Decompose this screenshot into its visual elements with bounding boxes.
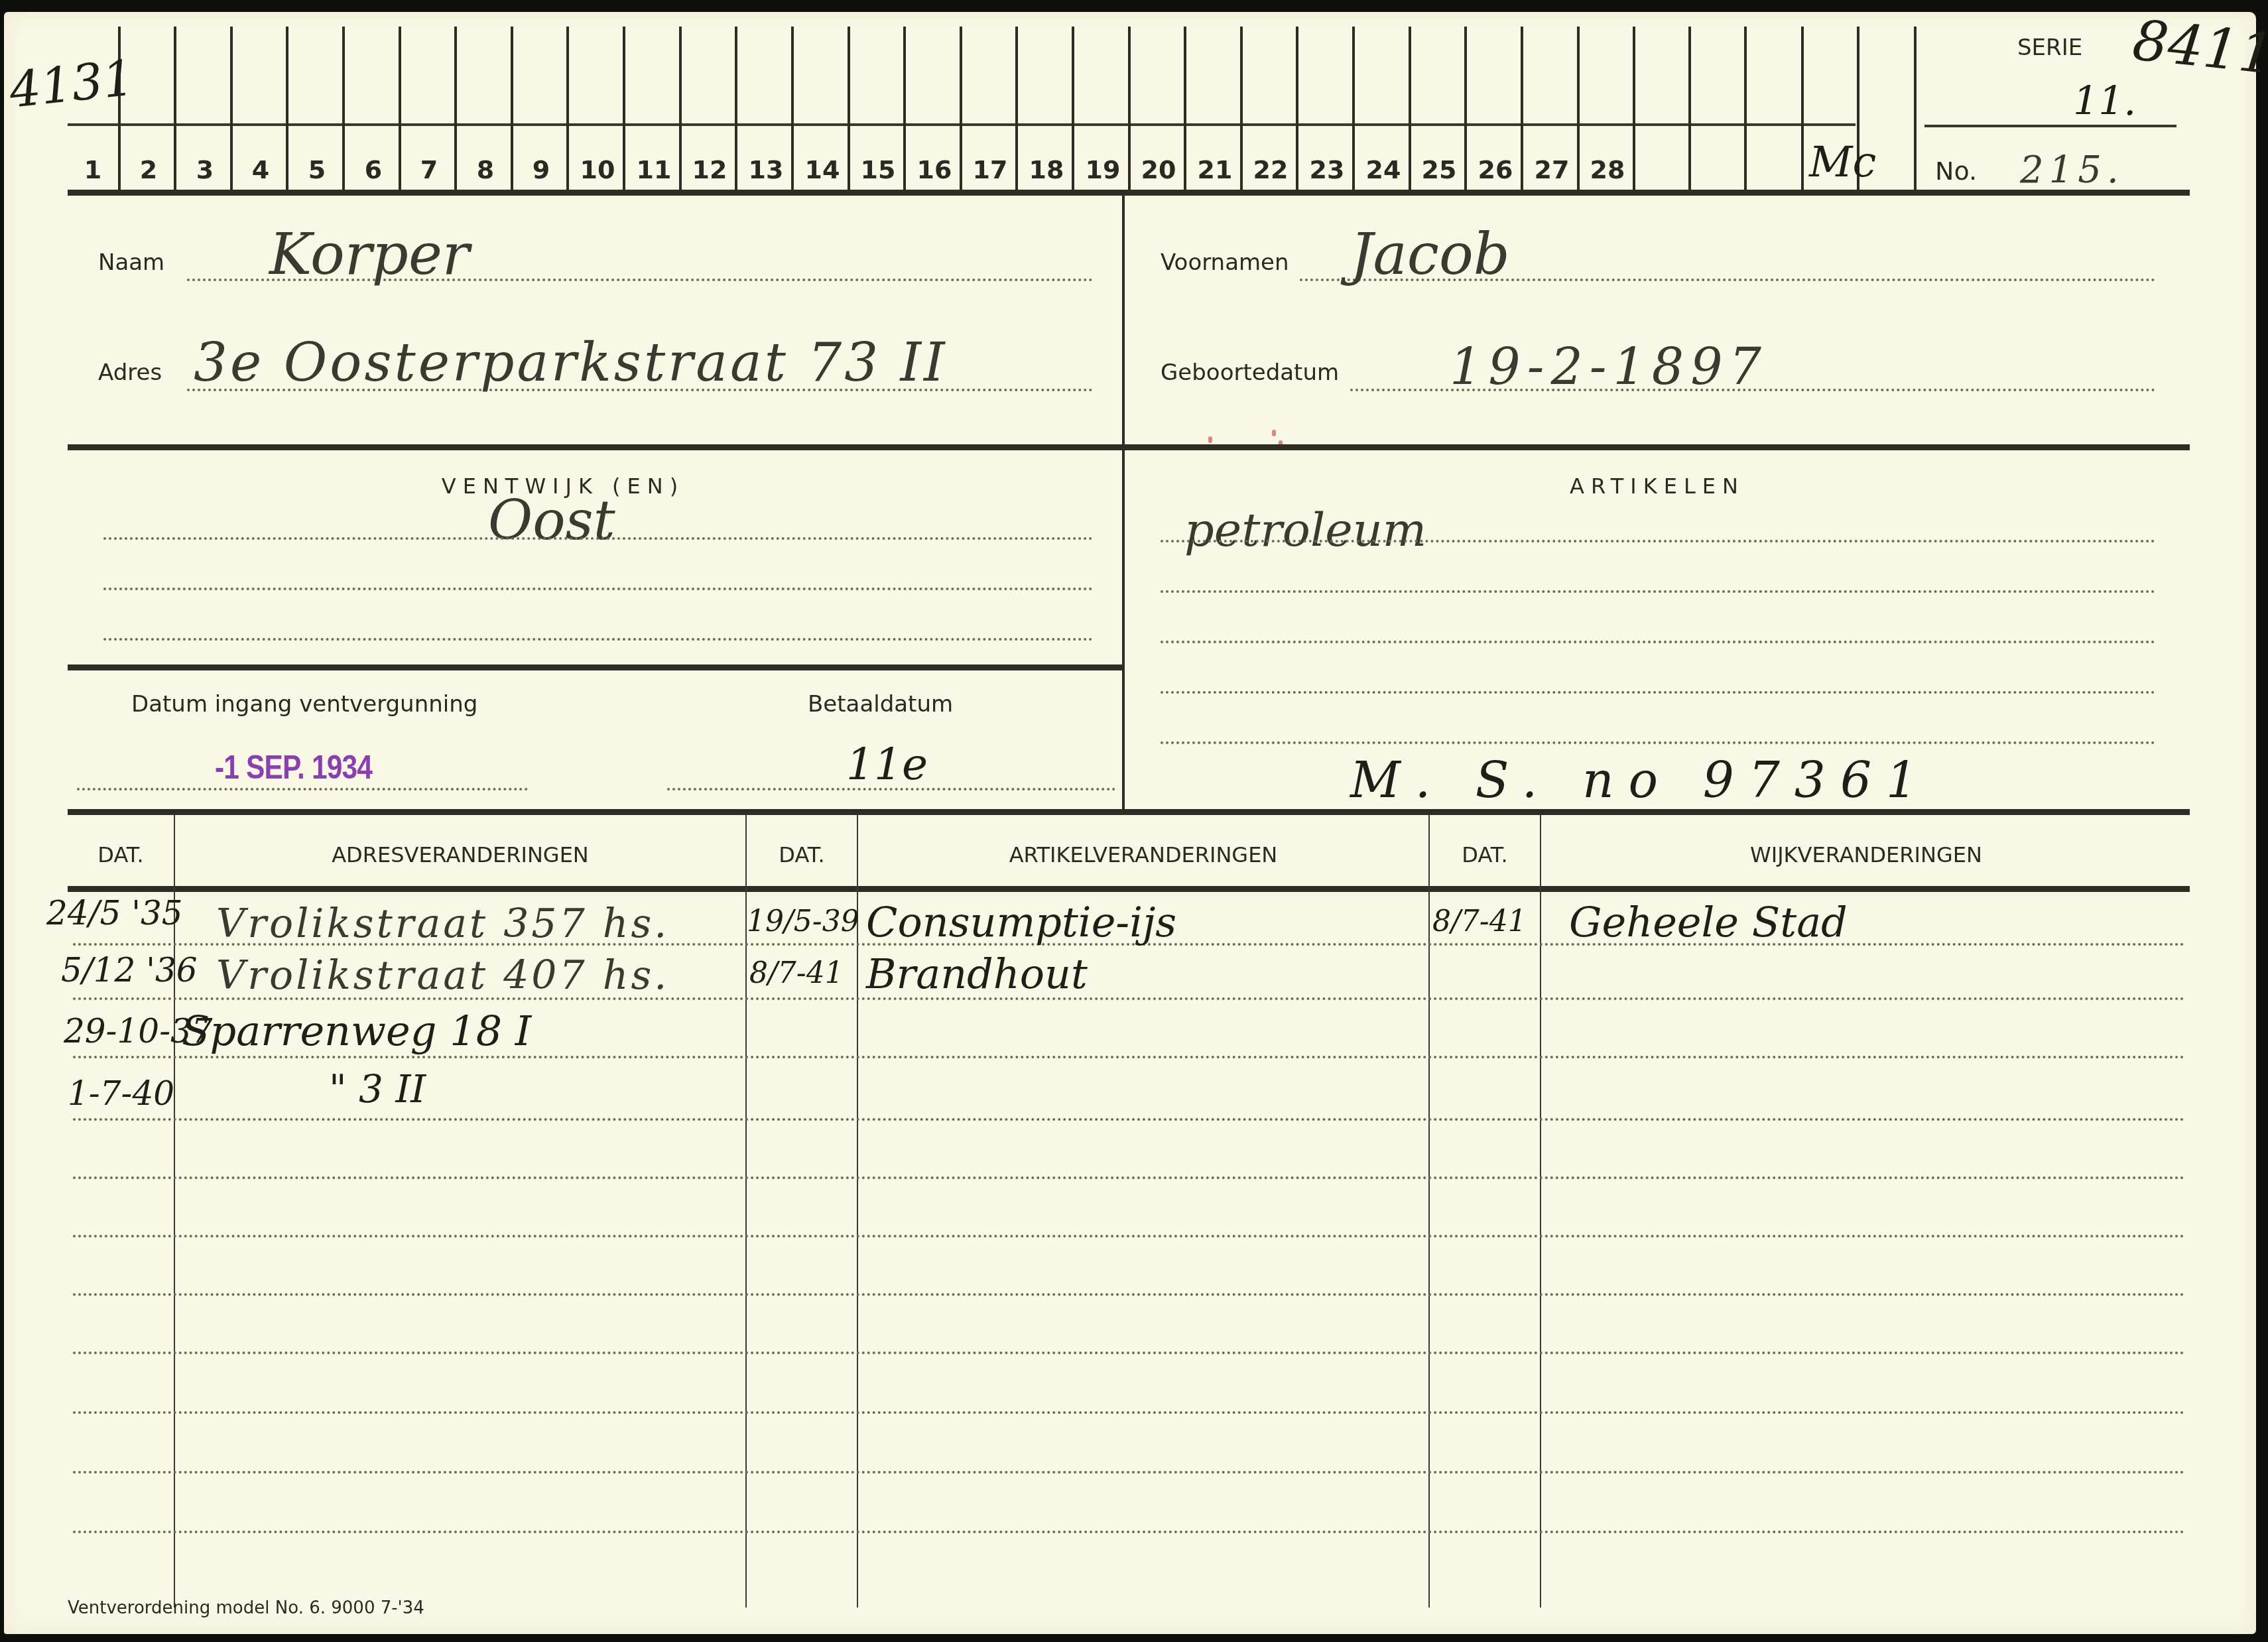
adres-row-date[interactable]: 1-7-40	[68, 1074, 174, 1113]
row-rule	[73, 1235, 2186, 1237]
day-number: 15	[850, 155, 906, 184]
betaaldatum-label: Betaaldatum	[808, 691, 953, 718]
day-number: 23	[1299, 155, 1355, 184]
ink-speck	[1208, 436, 1212, 443]
adres-label: Adres	[98, 359, 162, 386]
day-number: 9	[513, 155, 569, 184]
day-number: 16	[907, 155, 962, 184]
wijk-row-text[interactable]: Geheele Stad	[1569, 898, 1848, 946]
day-number: 21	[1187, 155, 1243, 184]
day-number: 26	[1468, 155, 1523, 184]
corner-note: 4131	[7, 49, 137, 119]
day-number: 4	[233, 155, 288, 184]
initials-mark: Mc	[1809, 138, 1876, 187]
artikel-row-text[interactable]: Brandhout	[866, 950, 1088, 998]
day-number: 11	[626, 155, 682, 184]
vergunning-top-rule	[68, 664, 1122, 670]
artikel-row-text[interactable]: Consumptie-ijs	[866, 898, 1176, 946]
artikelen-line	[1161, 590, 2155, 593]
section-divider	[1122, 192, 1125, 456]
column-divider	[1428, 814, 1430, 1608]
section-divider	[1122, 450, 1125, 812]
naam-value[interactable]: Korper	[269, 221, 470, 288]
day-number: 5	[289, 155, 345, 184]
row-rule	[73, 1293, 2186, 1296]
table-top-rule	[68, 809, 2190, 815]
day-number: 7	[401, 155, 457, 184]
artikelen-line	[1161, 540, 2155, 542]
registration-card: 1 2 3 4 5 6 7 8 9 10 11 12 13 14 15 16 1…	[4, 12, 2256, 1634]
day-number: 28	[1580, 155, 1635, 184]
artikelen-line	[1161, 691, 2155, 694]
day-number: 25	[1411, 155, 1467, 184]
column-divider	[174, 814, 175, 1608]
row-rule	[73, 1471, 2186, 1474]
day-number: 27	[1524, 155, 1580, 184]
voornamen-label: Voornamen	[1161, 249, 1289, 276]
datum-ingang-line	[77, 788, 528, 790]
table-header-rule	[68, 886, 2190, 892]
day-number: 8	[458, 155, 513, 184]
form-footer: Ventverordening model No. 6. 9000 7-'34	[68, 1598, 424, 1618]
header-dat-adres: DAT.	[68, 842, 174, 867]
day-number: 19	[1075, 155, 1131, 184]
day-number: 10	[570, 155, 625, 184]
artikelen-value[interactable]: petroleum	[1184, 503, 1426, 557]
ventwijk-line	[103, 638, 1093, 641]
artikel-row-date[interactable]: 8/7-41	[749, 956, 844, 990]
artikelen-line	[1161, 741, 2155, 744]
number-value: 215.	[2020, 149, 2124, 192]
adres-row-text[interactable]: Vrolikstraat 357 hs.	[216, 901, 669, 947]
day-divider	[1744, 27, 1747, 192]
ventwijk-line	[103, 537, 1093, 540]
number-label: No.	[1935, 157, 1977, 186]
day-number: 2	[121, 155, 176, 184]
day-number: 1	[65, 155, 121, 184]
day-number: 12	[682, 155, 737, 184]
day-number: 18	[1019, 155, 1074, 184]
row-rule	[73, 1352, 2186, 1354]
adres-value[interactable]: 3e Oosterparkstraat 73 II	[194, 332, 948, 393]
day-number: 3	[177, 155, 233, 184]
personal-bottom-rule	[68, 444, 2190, 450]
adres-row-date[interactable]: 5/12 '36	[61, 951, 198, 989]
wijk-row-date[interactable]: 8/7-41	[1432, 905, 1527, 938]
header-adresveranderingen: ADRESVERANDERINGEN	[175, 842, 745, 867]
serie-label: SERIE	[2017, 34, 2082, 61]
ink-speck	[1272, 430, 1276, 436]
day-number: 22	[1243, 155, 1298, 184]
geboortedatum-value[interactable]: 19-2-1897	[1450, 337, 1768, 396]
day-number: 13	[738, 155, 794, 184]
day-number: 6	[346, 155, 401, 184]
ventwijk-value[interactable]: Oost	[488, 489, 615, 552]
row-rule	[73, 1531, 2186, 1533]
row-rule	[73, 1411, 2186, 1414]
day-divider	[1801, 27, 1804, 192]
datum-ingang-label: Datum ingang ventvergunning	[131, 691, 477, 718]
naam-label: Naam	[98, 249, 164, 276]
datum-ingang-stamp[interactable]: -1 SEP. 1934	[215, 748, 372, 787]
column-divider	[1540, 814, 1541, 1608]
serie-value: 11.	[2073, 78, 2136, 125]
artikelen-line	[1161, 641, 2155, 643]
day-number: 24	[1355, 155, 1411, 184]
day-divider	[1688, 27, 1691, 192]
day-divider	[1914, 27, 1917, 192]
artikel-row-date[interactable]: 19/5-39	[747, 905, 859, 938]
adres-row-text[interactable]: Sparrenweg 18 I	[182, 1007, 531, 1055]
adres-row-date[interactable]: 24/5 '35	[46, 894, 183, 932]
header-artikelveranderingen: ARTIKELVERANDERINGEN	[858, 842, 1428, 867]
header-dat-artikel: DAT.	[747, 842, 857, 867]
ms-number[interactable]: M. S. no 97361	[1350, 752, 1932, 809]
adres-row-text[interactable]: Vrolikstraat 407 hs.	[216, 952, 669, 999]
row-rule	[73, 1118, 2186, 1121]
row-rule	[73, 1176, 2186, 1179]
voornamen-value[interactable]: Jacob	[1350, 221, 1510, 288]
betaaldatum-value[interactable]: 11e	[846, 739, 928, 790]
archive-number: 8411	[2129, 7, 2268, 87]
ventwijk-line	[103, 588, 1093, 590]
artikelen-heading: ARTIKELEN	[1125, 474, 2190, 499]
header-wijkveranderingen: WIJKVERANDERINGEN	[1541, 842, 2191, 867]
day-number: 17	[962, 155, 1018, 184]
serie-divider	[1924, 125, 2176, 127]
day-number: 14	[794, 155, 850, 184]
day-number: 20	[1131, 155, 1186, 184]
row-rule	[73, 1056, 2186, 1058]
adres-row-text[interactable]: " 3 II	[329, 1066, 426, 1111]
geboortedatum-label: Geboortedatum	[1161, 359, 1339, 386]
header-dat-wijk: DAT.	[1430, 842, 1540, 867]
